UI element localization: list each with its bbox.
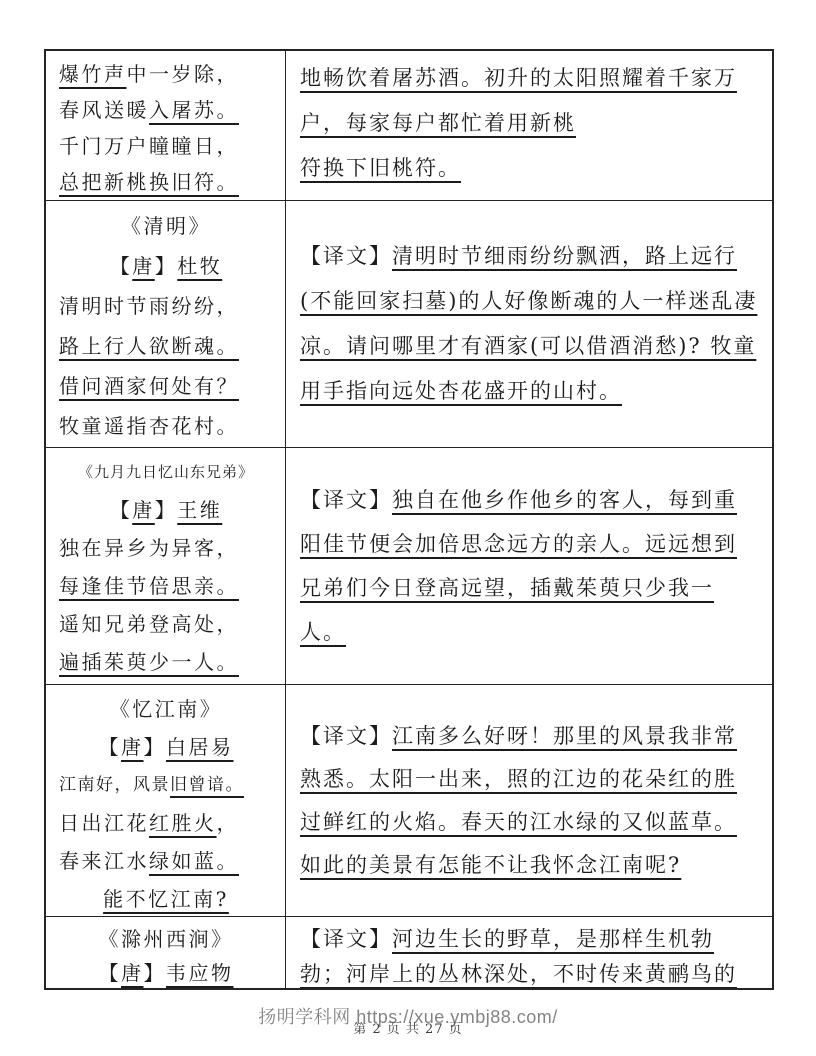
poem-cell: 《清明》【唐】杜牧清明时节雨纷纷，路上行人欲断魂。借问酒家何处有？牧童遥指杏花村… [46,201,286,447]
translation-line: 过鲜红的火焰。春天的江水绿的又似蓝草。 [300,801,760,844]
text-run: 勃；河岸上的丛林深处，不时传来黄鹂鸟的 [300,962,737,986]
text-run: 千门万户瞳瞳日， [59,134,239,158]
text-run: 牧童遥指杏花村。 [59,414,239,438]
translation-line: 【译文】江南多么好呀！那里的风景我非常 [300,715,760,758]
text-run: 唐 [132,498,155,522]
translation-line: 【译文】河边生长的野草，是那样生机勃 [300,922,760,957]
poem-line: 路上行人欲断魂。 [59,326,273,366]
poem-line: 春风送暖入屠苏。 [59,92,273,128]
translation-line: (不能回家扫墓)的人好像断魂的人一样迷乱凄 [300,279,760,324]
poem-line: 《忆江南》 [59,690,273,728]
text-run: 能不忆江南? [103,887,229,911]
poem-line: 每逢佳节倍思亲。 [59,567,273,605]
text-run: 唐 [132,254,155,278]
text-run: 户，每家每户都忙着用新桃 [300,111,576,135]
yiwen-label: 【译文】 [300,244,392,268]
poem-line: 【唐】韦应物 [59,956,273,988]
text-run: 独在异乡为异客， [59,536,239,560]
poem-line: 遥知兄弟登高处， [59,605,273,643]
poem-line: 清明时节雨纷纷， [59,286,273,326]
text-run: 总把新桃换旧符。 [59,170,239,194]
text-run: 韦应物 [166,961,234,985]
poem-line: 江南好，风景旧曾谙。 [59,766,273,804]
text-run: 熟悉。太阳一出来，照的江边的花朵红的胜 [300,767,737,791]
translation-line: 如此的美景有怎能不让我怀念江南呢? [300,844,760,887]
poem-line: 日出江花红胜火， [59,804,273,842]
text-run: 杜牧 [177,254,222,278]
translation-line: 符换下旧桃符。 [300,146,760,191]
table-row: 爆竹声中一岁除，春风送暖入屠苏。千门万户瞳瞳日，总把新桃换旧符。地畅饮着屠苏酒。… [46,51,772,201]
translation-line: 【译文】清明时节细雨纷纷飘洒，路上远行 [300,234,760,279]
poem-cell: 《九月九日忆山东兄弟》【唐】王维独在异乡为异客，每逢佳节倍思亲。遥知兄弟登高处，… [46,448,286,684]
translation-line: 勃；河岸上的丛林深处，不时传来黄鹂鸟的 [300,957,760,988]
text-run: 爆竹声 [59,62,127,86]
text-run: 每逢佳节倍思亲。 [59,574,239,598]
text-run: 】 [144,735,167,759]
poem-cell: 《忆江南》【唐】白居易江南好，风景旧曾谙。日出江花红胜火，春来江水绿如蓝。能不忆… [46,685,286,916]
translation-line: 熟悉。太阳一出来，照的江边的花朵红的胜 [300,758,760,801]
text-run: 入屠苏。 [149,98,239,122]
translation-line: 地畅饮着屠苏酒。初升的太阳照耀着千家万 [300,56,760,101]
translation-line: 人。 [300,610,760,654]
text-run: 】 [155,254,178,278]
text-run: 红胜火 [149,811,217,835]
text-run: 河边生长的野草，是那样生机勃 [392,927,714,951]
footer-page-indicator: 第 2 页 共 27 页 [353,1018,462,1037]
text-run: 《清明》 [121,214,211,238]
translation-line: 凉。请问哪里才有酒家(可以借酒消愁)? 牧童 [300,324,760,369]
text-run: ， [217,811,240,835]
text-run: 王维 [177,498,222,522]
text-run: 人。 [300,620,346,644]
text-run: 】 [155,498,178,522]
text-run: 兄弟们今日登高远望，插戴茱萸只少我一 [300,576,714,600]
text-run: 《九月九日忆山东兄弟》 [78,463,254,481]
table-row: 《清明》【唐】杜牧清明时节雨纷纷，路上行人欲断魂。借问酒家何处有？牧童遥指杏花村… [46,201,772,448]
text-run: 借问酒家何处有？ [59,374,239,398]
text-run: 阳佳节便会加倍思念远方的亲人。远远想到 [300,532,737,556]
translation-line: 阳佳节便会加倍思念远方的亲人。远远想到 [300,522,760,566]
text-run: 符换下旧桃符。 [300,156,461,180]
text-run: 遥知兄弟登高处， [59,612,239,636]
translation-cell: 【译文】江南多么好呀！那里的风景我非常熟悉。太阳一出来，照的江边的花朵红的胜过鲜… [286,685,772,916]
text-run: 】 [144,961,167,985]
poem-line: 爆竹声中一岁除， [59,56,273,92]
text-run: 凉。请问哪里才有酒家(可以借酒消愁)? 牧童 [300,334,756,358]
text-run: 江南多么好呀！那里的风景我非常 [392,724,737,748]
text-run: 旧曾谙。 [170,775,244,795]
poems-table: 爆竹声中一岁除，春风送暖入屠苏。千门万户瞳瞳日，总把新桃换旧符。地畅饮着屠苏酒。… [44,49,774,990]
translation-cell: 【译文】河边生长的野草，是那样生机勃勃；河岸上的丛林深处，不时传来黄鹂鸟的 [286,917,772,988]
text-run: 江南好，风景 [59,775,170,795]
text-run: 【 [99,735,122,759]
translation-line: 用手指向远处杏花盛开的山村。 [300,369,760,414]
poem-line: 【唐】王维 [59,491,273,529]
poem-line: 《清明》 [59,206,273,246]
text-run: 清明时节细雨纷纷飘洒，路上远行 [392,244,737,268]
text-run: 中一岁除， [127,62,240,86]
text-run: 清明时节雨纷纷， [59,294,239,318]
text-run: 独自在他乡作他乡的客人，每到重 [392,488,737,512]
poem-line: 遍插茱萸少一人。 [59,643,273,681]
poem-line: 春来江水绿如蓝。 [59,842,273,880]
table-row: 《滁州西涧》【唐】韦应物【译文】河边生长的野草，是那样生机勃勃；河岸上的丛林深处… [46,917,772,988]
yiwen-label: 【译文】 [300,724,392,748]
text-run: (不能回家扫墓)的人好像断魂的人一样迷乱凄 [300,289,757,313]
translation-cell: 【译文】独自在他乡作他乡的客人，每到重阳佳节便会加倍思念远方的亲人。远远想到兄弟… [286,448,772,684]
poem-cell: 爆竹声中一岁除，春风送暖入屠苏。千门万户瞳瞳日，总把新桃换旧符。 [46,51,286,200]
translation-line: 户，每家每户都忙着用新桃 [300,101,760,146]
poem-cell: 《滁州西涧》【唐】韦应物 [46,917,286,988]
yiwen-label: 【译文】 [300,488,392,512]
text-run: 白居易 [166,735,234,759]
text-run: 唐 [121,961,144,985]
poem-line: 能不忆江南? [59,880,273,916]
translation-cell: 地畅饮着屠苏酒。初升的太阳照耀着千家万户，每家每户都忙着用新桃符换下旧桃符。 [286,51,772,200]
translation-line: 【译文】独自在他乡作他乡的客人，每到重 [300,478,760,522]
text-run: 如此的美景有怎能不让我怀念江南呢? [300,853,681,877]
poem-line: 千门万户瞳瞳日， [59,128,273,164]
text-run: 春风送暖 [59,98,149,122]
poem-line: 【唐】杜牧 [59,246,273,286]
text-run: 唐 [121,735,144,759]
text-run: 地畅饮着屠苏酒。初升的太阳照耀着千家万 [300,66,737,90]
poem-line: 《滁州西涧》 [59,922,273,956]
table-row: 《忆江南》【唐】白居易江南好，风景旧曾谙。日出江花红胜火，春来江水绿如蓝。能不忆… [46,685,772,917]
text-run: 遍插茱萸少一人。 [59,650,239,674]
translation-line: 兄弟们今日登高远望，插戴茱萸只少我一 [300,566,760,610]
worksheet-page: 爆竹声中一岁除，春风送暖入屠苏。千门万户瞳瞳日，总把新桃换旧符。地畅饮着屠苏酒。… [0,0,816,1056]
poem-line: 《九月九日忆山东兄弟》 [59,453,273,491]
text-run: 《滁州西涧》 [99,927,234,951]
yiwen-label: 【译文】 [300,927,392,951]
poem-line: 借问酒家何处有？ [59,366,273,406]
table-row: 《九月九日忆山东兄弟》【唐】王维独在异乡为异客，每逢佳节倍思亲。遥知兄弟登高处，… [46,448,772,685]
poem-line: 【唐】白居易 [59,728,273,766]
poem-line: 总把新桃换旧符。 [59,164,273,200]
text-run: 春来江水 [59,849,149,873]
text-run: 《忆江南》 [110,697,223,721]
text-run: 【 [99,961,122,985]
text-run: 路上行人欲断魂。 [59,334,239,358]
text-run: 绿如蓝。 [149,849,239,873]
text-run: 【 [110,498,133,522]
text-run: 用手指向远处杏花盛开的山村。 [300,379,622,403]
text-run: 日出江花 [59,811,149,835]
translation-cell: 【译文】清明时节细雨纷纷飘洒，路上远行(不能回家扫墓)的人好像断魂的人一样迷乱凄… [286,201,772,447]
text-run: 过鲜红的火焰。春天的江水绿的又似蓝草。 [300,810,737,834]
text-run: 【 [110,254,133,278]
poem-line: 独在异乡为异客， [59,529,273,567]
poem-line: 牧童遥指杏花村。 [59,406,273,446]
